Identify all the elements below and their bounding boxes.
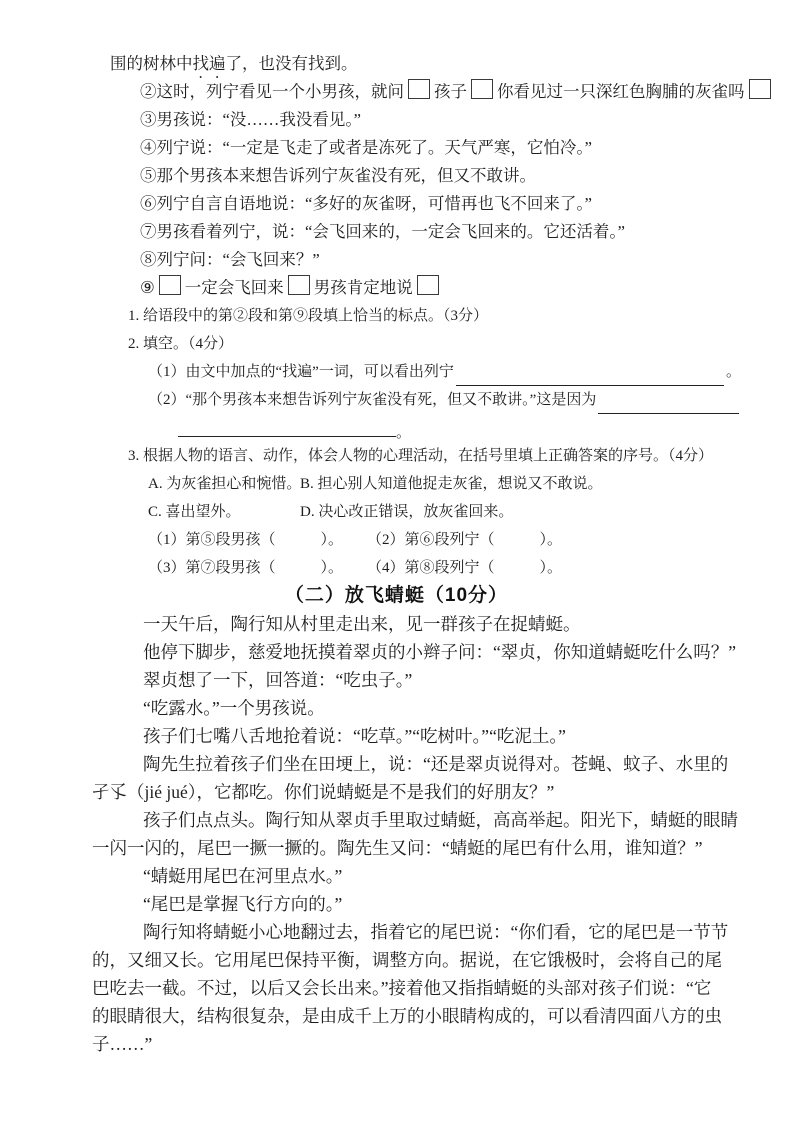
question-3-answers-row-2: （3）第⑦段男孩（ ）。（4）第⑧段列宁（ ）。 — [0, 554, 793, 582]
passage2-line: 陶先生拉着孩子们坐在田埂上，说：“还是翠贞说得对。苍蝇、蚊子、水里的 — [0, 750, 793, 778]
passage2-line: 孩子们点点头。陶行知从翠贞手里取过蜻蜓，高高举起。阳光下，蜻蜓的眼睛 — [0, 806, 793, 834]
question-3-answers-row-1: （1）第⑤段男孩（ ）。（2）第⑥段列宁（ ）。 — [0, 526, 793, 554]
paragraph-text: 孩子 — [434, 82, 467, 101]
emphasized-word: 找遍 — [193, 54, 226, 73]
passage2-line: 的眼睛很大，结构很复杂，是由成千上万的小眼睛构成的，可以看清四面八方的虫 — [0, 1002, 793, 1030]
passage2-line: 孩子们七嘴八舌地抢着说：“吃草。”“吃树叶。”“吃泥土。” — [0, 722, 793, 750]
option-d: D. 决心改正错误，放灰雀回来。 — [300, 504, 513, 520]
punctuation-box — [471, 79, 493, 99]
passage2-line: 一天午后，陶行知从村里走出来，见一群孩子在捉蜻蜓。 — [0, 610, 793, 638]
passage1-paragraph-3: ③男孩说：“没……我没看见。” — [0, 106, 793, 134]
option-a: A. 为灰雀担心和惋惜。 — [148, 470, 300, 498]
question-1: 1. 给语段中的第②段和第⑨段填上恰当的标点。（3分） — [0, 302, 793, 330]
question-2-sub-2-continuation: 。 — [0, 414, 793, 442]
passage1-paragraph-2: ②这时，列宁看见一个小男孩，就问孩子你看见过一只深红色胸脯的灰雀吗 — [0, 78, 793, 106]
passage2-line: 巴吃去一截。不过，以后又会长出来。”接着他又指指蜻蜓的头部对孩子们说：“它 — [0, 974, 793, 1002]
punctuation-box — [408, 79, 430, 99]
passage2-title: （二）放飞蜻蜓（10分） — [0, 582, 793, 610]
punctuation-box — [288, 275, 310, 295]
passage2-line: 孑孓（jié jué），它都吃。你们说蜻蜓是不是我们的好朋友？” — [0, 778, 793, 806]
question-2-sub-1-text: （1）由文中加点的“找遍”一词，可以看出列宁 — [148, 358, 454, 386]
paragraph-text: 一定会飞回来 — [185, 278, 284, 297]
question-3: 3. 根据人物的语言、动作，体会人物的心理活动，在括号里填上正确答案的序号。（4… — [0, 442, 793, 470]
question-2-sub-1: （1）由文中加点的“找遍”一词，可以看出列宁。 — [0, 358, 793, 386]
paragraph-text: ⑨ — [140, 278, 155, 297]
punctuation-box — [159, 275, 181, 295]
punctuation-box — [749, 79, 771, 99]
question-3-sub-1: （1）第⑤段男孩（ ）。 — [148, 526, 367, 554]
passage2-line: 的，又细又长。它用尾巴保持平衡，调整方向。据说，在它饿极时，会将自己的尾 — [0, 946, 793, 974]
passage2-line: 一闪一闪的，尾巴一撅一撅的。陶先生又问：“蜻蜓的尾巴有什么用，谁知道？” — [0, 834, 793, 862]
exam-page: 围的树林中找遍了，也没有找到。 ②这时，列宁看见一个小男孩，就问孩子你看见过一只… — [0, 0, 793, 1122]
period: 。 — [726, 358, 741, 386]
passage1-paragraph-8: ⑧列宁问：“会飞回来？” — [0, 246, 793, 274]
passage1-paragraph-9: ⑨一定会飞回来男孩肯定地说 — [0, 274, 793, 302]
passage2-line: “蜻蜓用尾巴在河里点水。” — [0, 862, 793, 890]
page-content: 围的树林中找遍了，也没有找到。 ②这时，列宁看见一个小男孩，就问孩子你看见过一只… — [0, 0, 793, 1058]
passage1-paragraph-4: ④列宁说：“一定是飞走了或者是冻死了。天气严寒，它怕冷。” — [0, 134, 793, 162]
question-3-sub-3: （3）第⑦段男孩（ ）。 — [148, 554, 367, 582]
question-3-sub-2: （2）第⑥段列宁（ ）。 — [367, 532, 562, 548]
passage2-line: 翠贞想了一下，回答道：“吃虫子。” — [0, 666, 793, 694]
passage1-paragraph-5: ⑤那个男孩本来想告诉列宁灰雀没有死，但又不敢讲。 — [0, 162, 793, 190]
punctuation-box — [417, 275, 439, 295]
passage2-line: “尾巴是掌握飞行方向的。” — [0, 890, 793, 918]
passage2-line: “吃露水。”一个男孩说。 — [0, 694, 793, 722]
passage1-paragraph-7: ⑦男孩看着列宁，说：“会飞回来的，一定会飞回来的。它还活着。” — [0, 218, 793, 246]
question-2-sub-2-text: （2）“那个男孩本来想告诉列宁灰雀没有死，但又不敢讲。”这是因为 — [148, 386, 596, 414]
question-2: 2. 填空。（4分） — [0, 330, 793, 358]
paragraph-text: 男孩肯定地说 — [314, 278, 413, 297]
question-3-sub-4: （4）第⑧段列宁（ ）。 — [367, 560, 562, 576]
option-b: B. 担心别人知道他捉走灰雀，想说又不敢说。 — [300, 476, 603, 492]
question-2-sub-2: （2）“那个男孩本来想告诉列宁灰雀没有死，但又不敢讲。”这是因为 — [0, 386, 793, 414]
paragraph-text: 你看见过一只深红色胸脯的灰雀吗 — [497, 82, 745, 101]
passage1-paragraph-6: ⑥列宁自言自语地说：“多好的灰雀呀，可惜再也飞不回来了。” — [0, 190, 793, 218]
answer-blank — [456, 361, 724, 386]
options-row-cd: C. 喜出望外。D. 决心改正错误，放灰雀回来。 — [0, 498, 793, 526]
intro-post-text: 了，也没有找到。 — [226, 54, 358, 73]
answer-blank — [178, 414, 396, 437]
passage2-line: 陶行知将蜻蜓小心地翻过去，指着它的尾巴说：“你们看，它的尾巴是一节节 — [0, 918, 793, 946]
paragraph-text: ②这时，列宁看见一个小男孩，就问 — [140, 82, 404, 101]
option-c: C. 喜出望外。 — [148, 498, 300, 526]
passage1-intro-line: 围的树林中找遍了，也没有找到。 — [0, 50, 793, 78]
options-row-ab: A. 为灰雀担心和惋惜。B. 担心别人知道他捉走灰雀，想说又不敢说。 — [0, 470, 793, 498]
passage2-line: 子……” — [0, 1030, 793, 1058]
intro-pre-text: 围的树林中 — [110, 54, 193, 73]
passage2-line: 他停下脚步，慈爱地抚摸着翠贞的小辫子问：“翠贞，你知道蜻蜓吃什么吗？” — [0, 638, 793, 666]
answer-blank — [598, 389, 739, 414]
period: 。 — [396, 425, 411, 441]
